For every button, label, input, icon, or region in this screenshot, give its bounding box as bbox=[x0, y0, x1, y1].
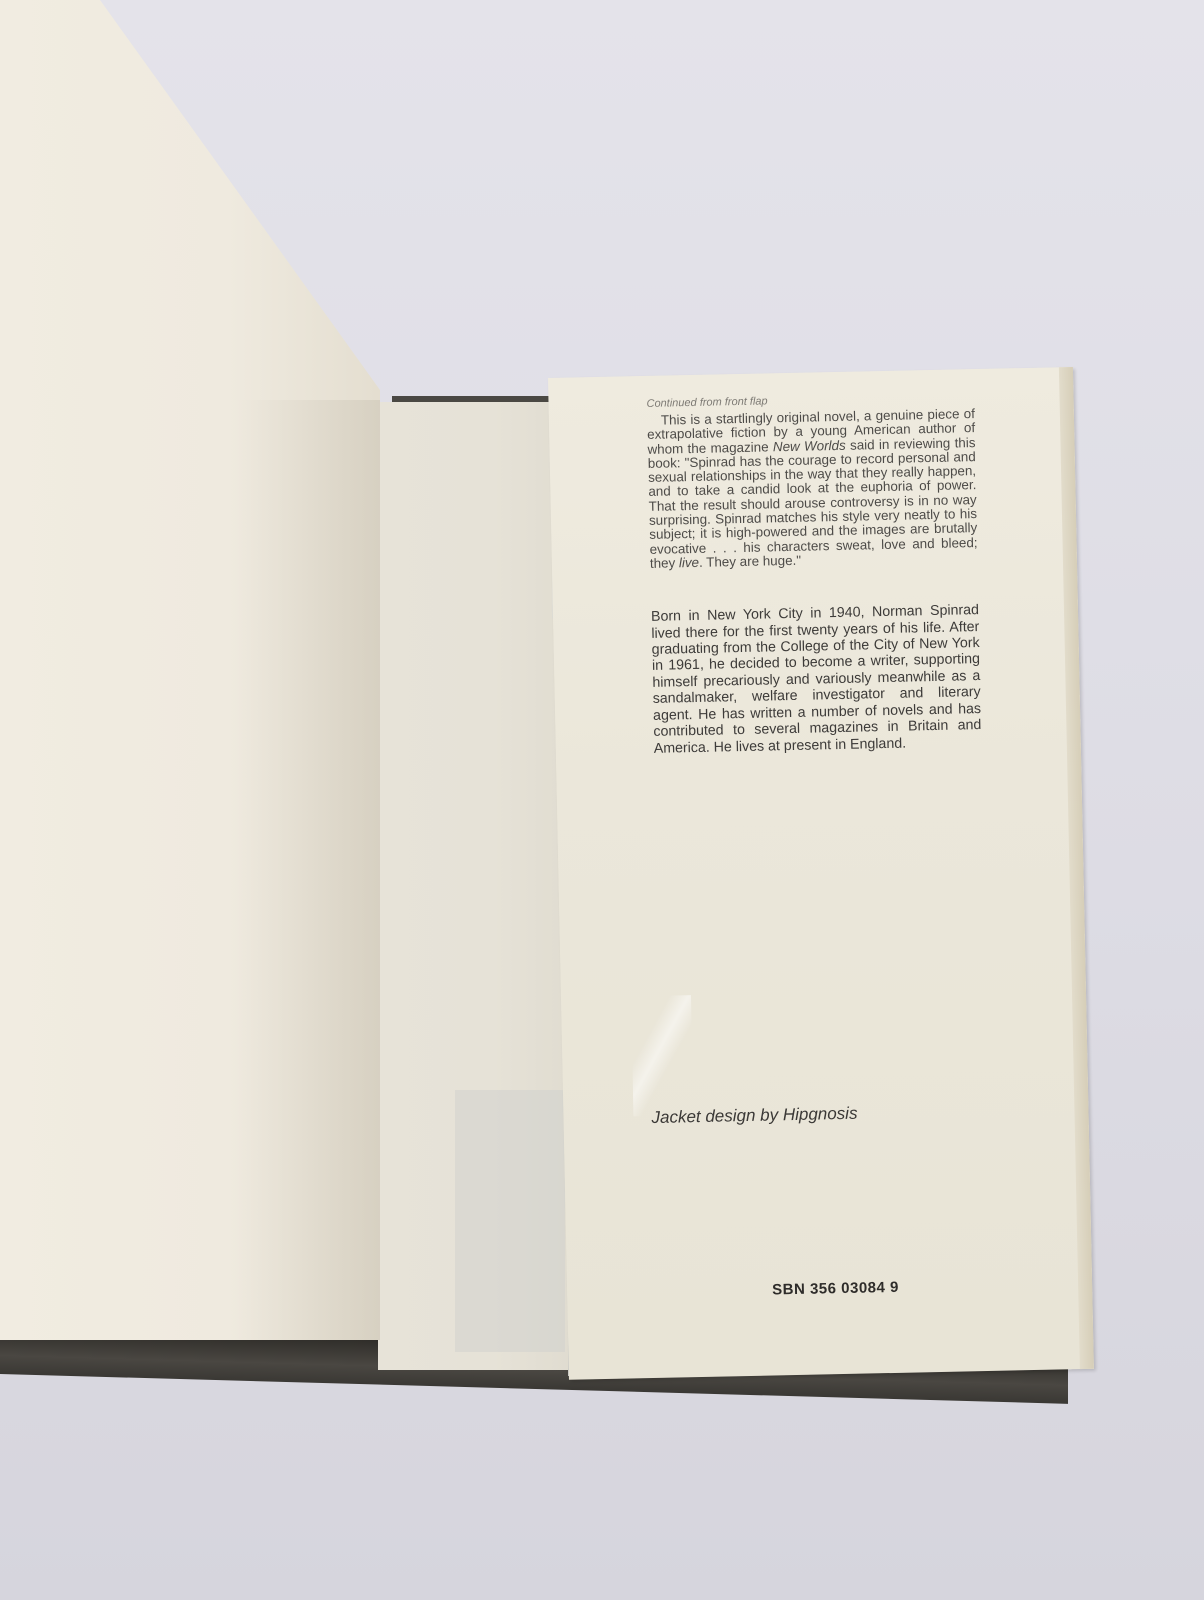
page-shadow bbox=[235, 400, 380, 1340]
review-paragraph: This is a startlingly original novel, a … bbox=[647, 407, 978, 571]
flap-text-block: Continued from front flap This is a star… bbox=[646, 391, 981, 757]
sbn-number: SBN 356 03084 9 bbox=[772, 1279, 899, 1299]
flap-fold-edge bbox=[1059, 367, 1094, 1369]
author-bio: Born in New York City in 1940, Norman Sp… bbox=[651, 602, 982, 756]
review-emphasis: live bbox=[679, 555, 699, 570]
jacket-credit: Jacket design by Hipgnosis bbox=[651, 1104, 857, 1128]
mylar-tape bbox=[455, 1090, 565, 1352]
review-text: . They are huge." bbox=[699, 553, 801, 570]
jacket-back-flap: Continued from front flap This is a star… bbox=[548, 367, 1094, 1380]
mylar-glare bbox=[631, 995, 693, 1116]
review-text: said in reviewing this book: "Spinrad ha… bbox=[648, 435, 978, 571]
